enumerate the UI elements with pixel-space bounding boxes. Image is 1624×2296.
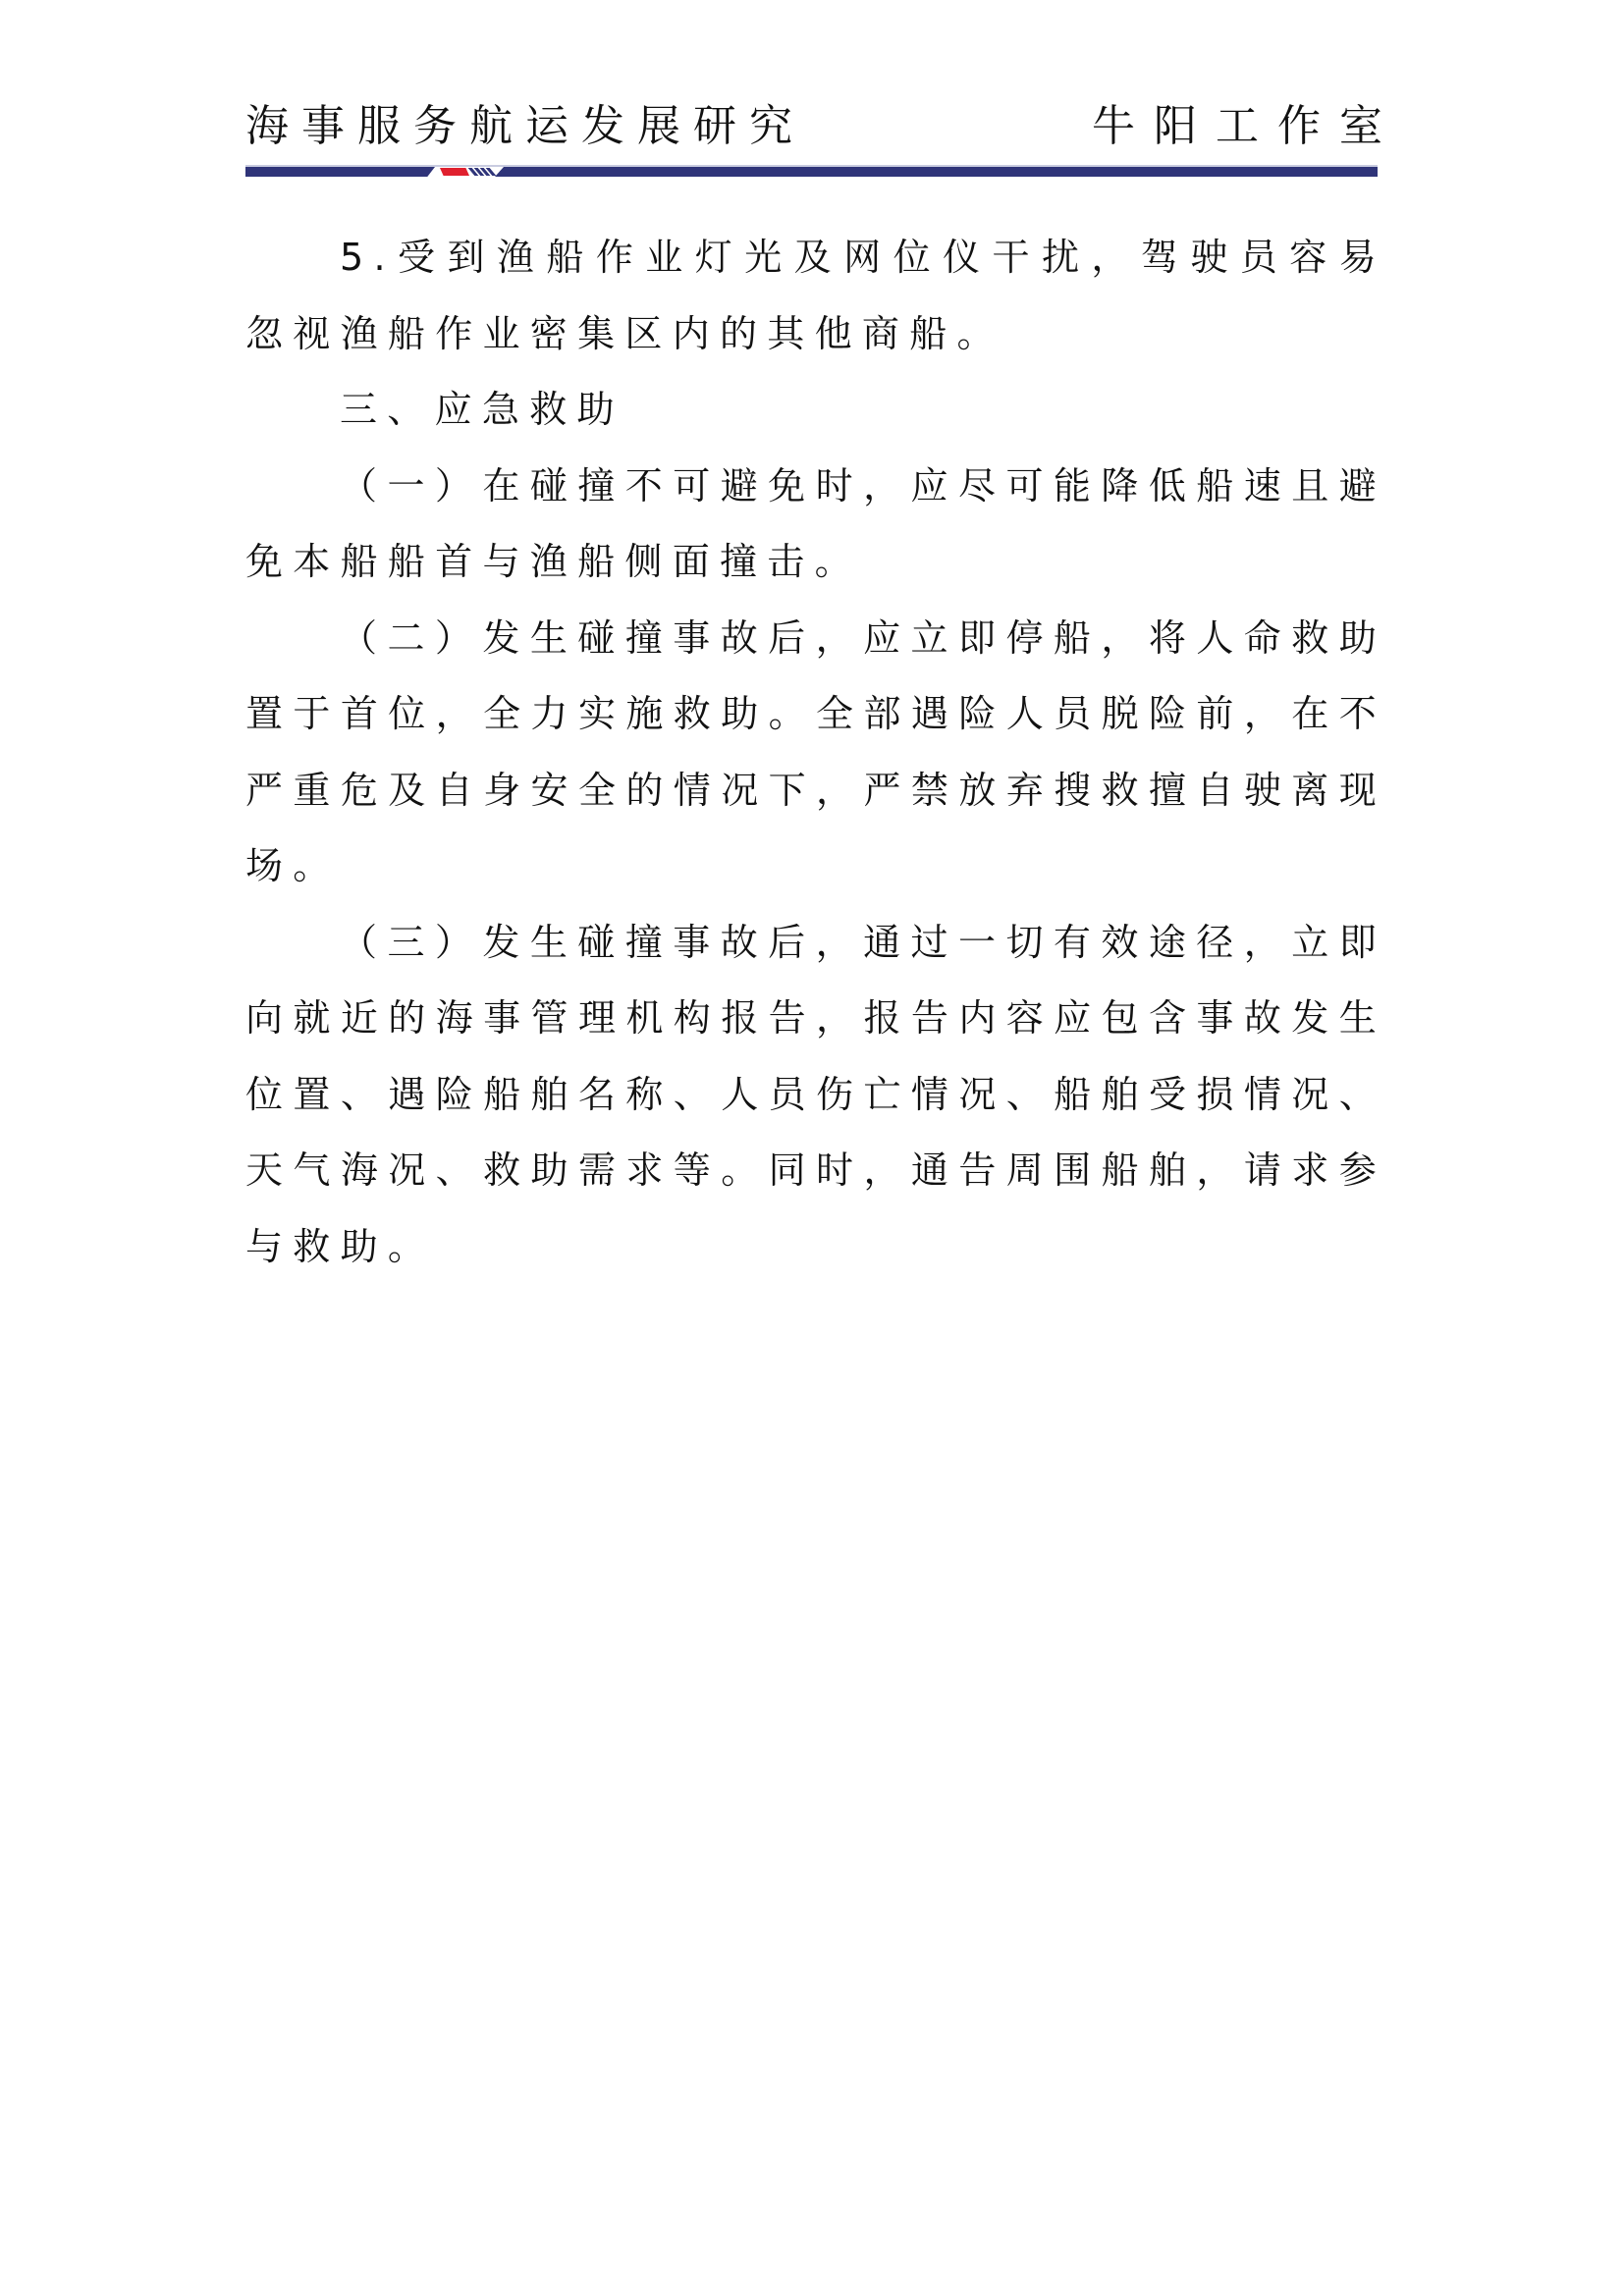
paragraph-rescue-2: （二）发生碰撞事故后，应立即停船，将人命救助置于首位，全力实施救助。全部遇险人员… [245,601,1386,905]
paragraph-rescue-3: （三）发生碰撞事故后，通过一切有效途径，立即向就近的海事管理机构报告，报告内容应… [245,905,1386,1286]
header-title-right: 牛阳工作室 [1092,102,1401,151]
paragraph-rescue-1: （一）在碰撞不可避免时，应尽可能降低船速且避免本船船首与渔船侧面撞击。 [245,449,1386,601]
header-rule-red-accent [440,168,469,176]
header-rule-highlight [245,165,1378,167]
paragraph-item-5: 5.受到渔船作业灯光及网位仪干扰，驾驶员容易忽视渔船作业密集区内的其他商船。 [245,220,1386,372]
header-rule-left-segment [245,167,435,177]
section-heading-emergency-rescue: 三、应急救助 [245,372,1386,449]
document-body: 5.受到渔船作业灯光及网位仪干扰，驾驶员容易忽视渔船作业密集区内的其他商船。 三… [245,220,1386,1285]
header-title-left: 海事服务航运发展研究 [245,102,805,151]
header-rule-right-segment [495,167,1378,177]
